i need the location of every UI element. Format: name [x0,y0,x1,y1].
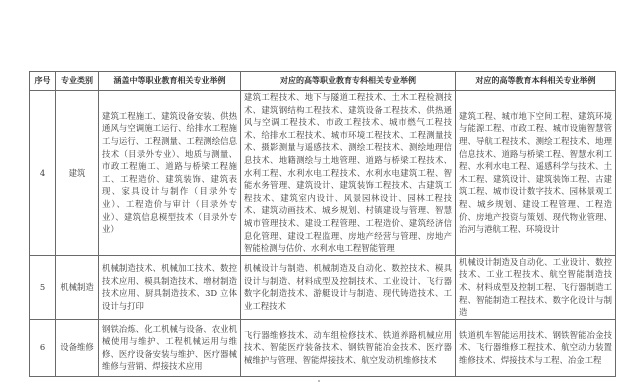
row-vocational-college-majors: 飞行器维修技术、动车组检修技术、铁道养路机械应用技术、智能医疗装备技术、钢铁智能… [241,319,456,376]
page-marker-dot [318,380,320,382]
row-secondary-majors: 钢铁冶炼、化工机械与设备、农业机械使用与维护、工程机械运用与维修、医疗设备安装与… [99,319,241,376]
header-index: 序号 [30,72,56,91]
row-index: 5 [30,255,56,319]
major-correspondence-table: 序号 专业类别 涵盖中等职业教育相关专业举例 对应的高等职业教育专科相关专业举例… [29,71,616,377]
table-header-row: 序号 专业类别 涵盖中等职业教育相关专业举例 对应的高等职业教育专科相关专业举例… [30,72,616,91]
row-vocational-college-majors: 机械设计与制造、机械制造及自动化、数控技术、模具设计与制造、材料成型及控制技术、… [241,255,456,319]
header-secondary-majors: 涵盖中等职业教育相关专业举例 [99,72,241,91]
row-category: 设备维修 [56,319,99,376]
header-undergraduate-majors: 对应的高等教育本科相关专业举例 [456,72,616,91]
row-undergraduate-majors: 铁道机车智能运用技术、钢铁智能冶金技术、飞行器维修工程技术、航空动力装置维修技术… [456,319,616,376]
row-undergraduate-majors: 机械设计制造及自动化、工业设计、数控技术、工业工程技术、航空智能制造技术、材料成… [456,255,616,319]
row-category: 机械制造 [56,255,99,319]
row-secondary-majors: 建筑工程施工、建筑设备安装、供热通风与空调施工运行、给排水工程施工与运行、工程测… [99,91,241,256]
row-index: 4 [30,91,56,256]
header-category: 专业类别 [56,72,99,91]
table-row: 6 设备维修 钢铁冶炼、化工机械与设备、农业机械使用与维护、工程机械运用与维修、… [30,319,616,376]
table-row: 4 建筑 建筑工程施工、建筑设备安装、供热通风与空调施工运行、给排水工程施工与运… [30,91,616,256]
row-category: 建筑 [56,91,99,256]
row-secondary-majors: 机械制造技术、机械加工技术、数控技术应用、模具制造技术、增材制造技术应用、厨具制… [99,255,241,319]
row-undergraduate-majors: 建筑工程、城市地下空间工程、建筑环境与能源工程、市政工程、城市设施智慧管理、导航… [456,91,616,256]
table-row: 5 机械制造 机械制造技术、机械加工技术、数控技术应用、模具制造技术、增材制造技… [30,255,616,319]
header-vocational-college-majors: 对应的高等职业教育专科相关专业举例 [241,72,456,91]
row-index: 6 [30,319,56,376]
row-vocational-college-majors: 建筑工程技术、地下与隧道工程技术、土木工程检测技术、建筑钢结构工程技术、建筑设备… [241,91,456,256]
